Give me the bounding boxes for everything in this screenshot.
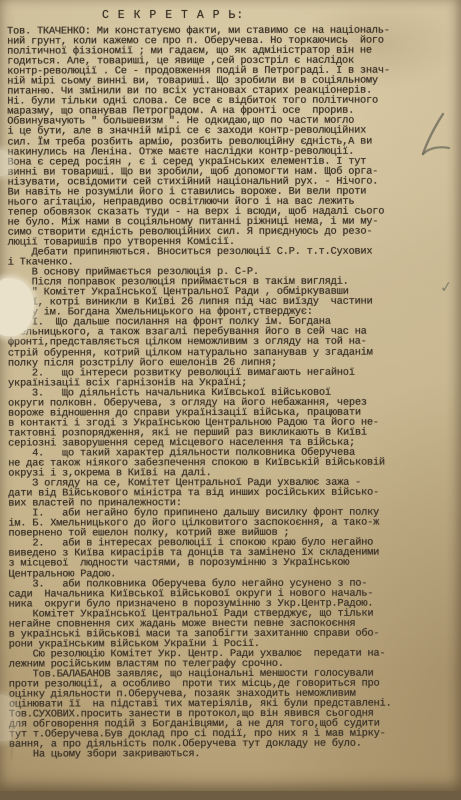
secretary-signature-line: С Е К Р Е Т А Р Ь: <box>0 9 461 22</box>
pencil-mark-icon <box>413 108 455 178</box>
checkmark-icon: ✓ <box>440 277 454 296</box>
typewritten-text: Тов. ТКАЧЕНКО: Ми констатуємо факти, ми … <box>0 25 461 760</box>
document-page: Тов. ТКАЧЕНКО: Ми констатуємо факти, ми … <box>0 0 461 791</box>
text-line: На цьому збори закриваються. <box>9 749 461 760</box>
